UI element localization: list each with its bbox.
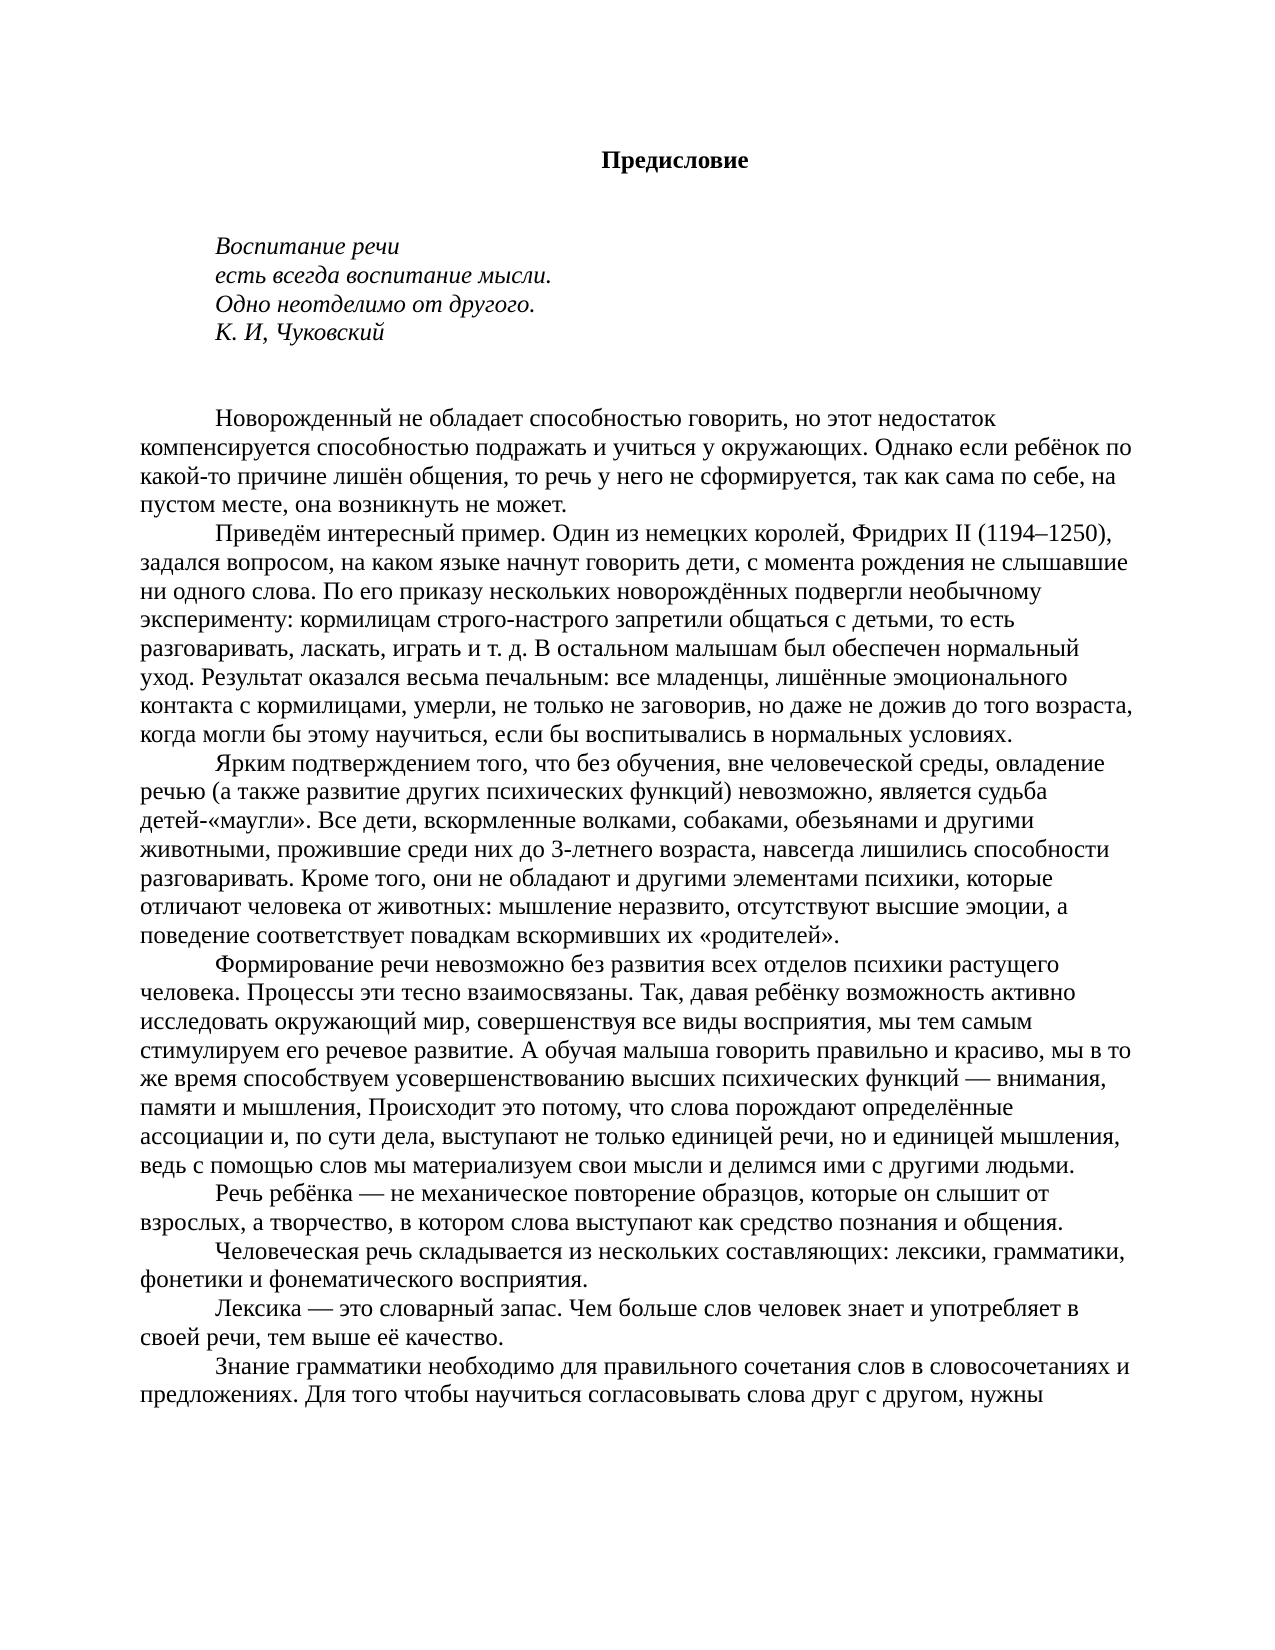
body-paragraph: Формирование речи невозможно без развити…: [140, 951, 1135, 1181]
body-paragraph: Человеческая речь складывается из нескол…: [140, 1238, 1135, 1295]
body-paragraph: Приведём интересный пример. Один из неме…: [140, 520, 1135, 750]
epigraph-attribution: К. И, Чуковский: [215, 319, 1135, 348]
body-paragraph: Новорожденный не обладает способностью г…: [140, 405, 1135, 520]
body-paragraph: Знание грамматики необходимо для правиль…: [140, 1353, 1135, 1410]
body-text: Новорожденный не обладает способностью г…: [140, 405, 1135, 1410]
epigraph-line: Воспитание речи: [215, 233, 1135, 262]
epigraph-body-spacer: [140, 348, 1135, 405]
title-epigraph-spacer: [140, 176, 1135, 233]
epigraph-line: есть всегда воспитание мысли.: [215, 262, 1135, 291]
epigraph-line: Одно неотделимо от другого.: [215, 291, 1135, 320]
body-paragraph: Речь ребёнка — не механическое повторени…: [140, 1180, 1135, 1237]
epigraph: Воспитание речи есть всегда воспитание м…: [215, 233, 1135, 348]
body-paragraph: Лексика — это словарный запас. Чем больш…: [140, 1295, 1135, 1352]
body-paragraph: Ярким подтверждением того, что без обуче…: [140, 750, 1135, 951]
page-title: Предисловие: [140, 147, 1135, 176]
document-page: Предисловие Воспитание речи есть всегда …: [0, 0, 1275, 1650]
